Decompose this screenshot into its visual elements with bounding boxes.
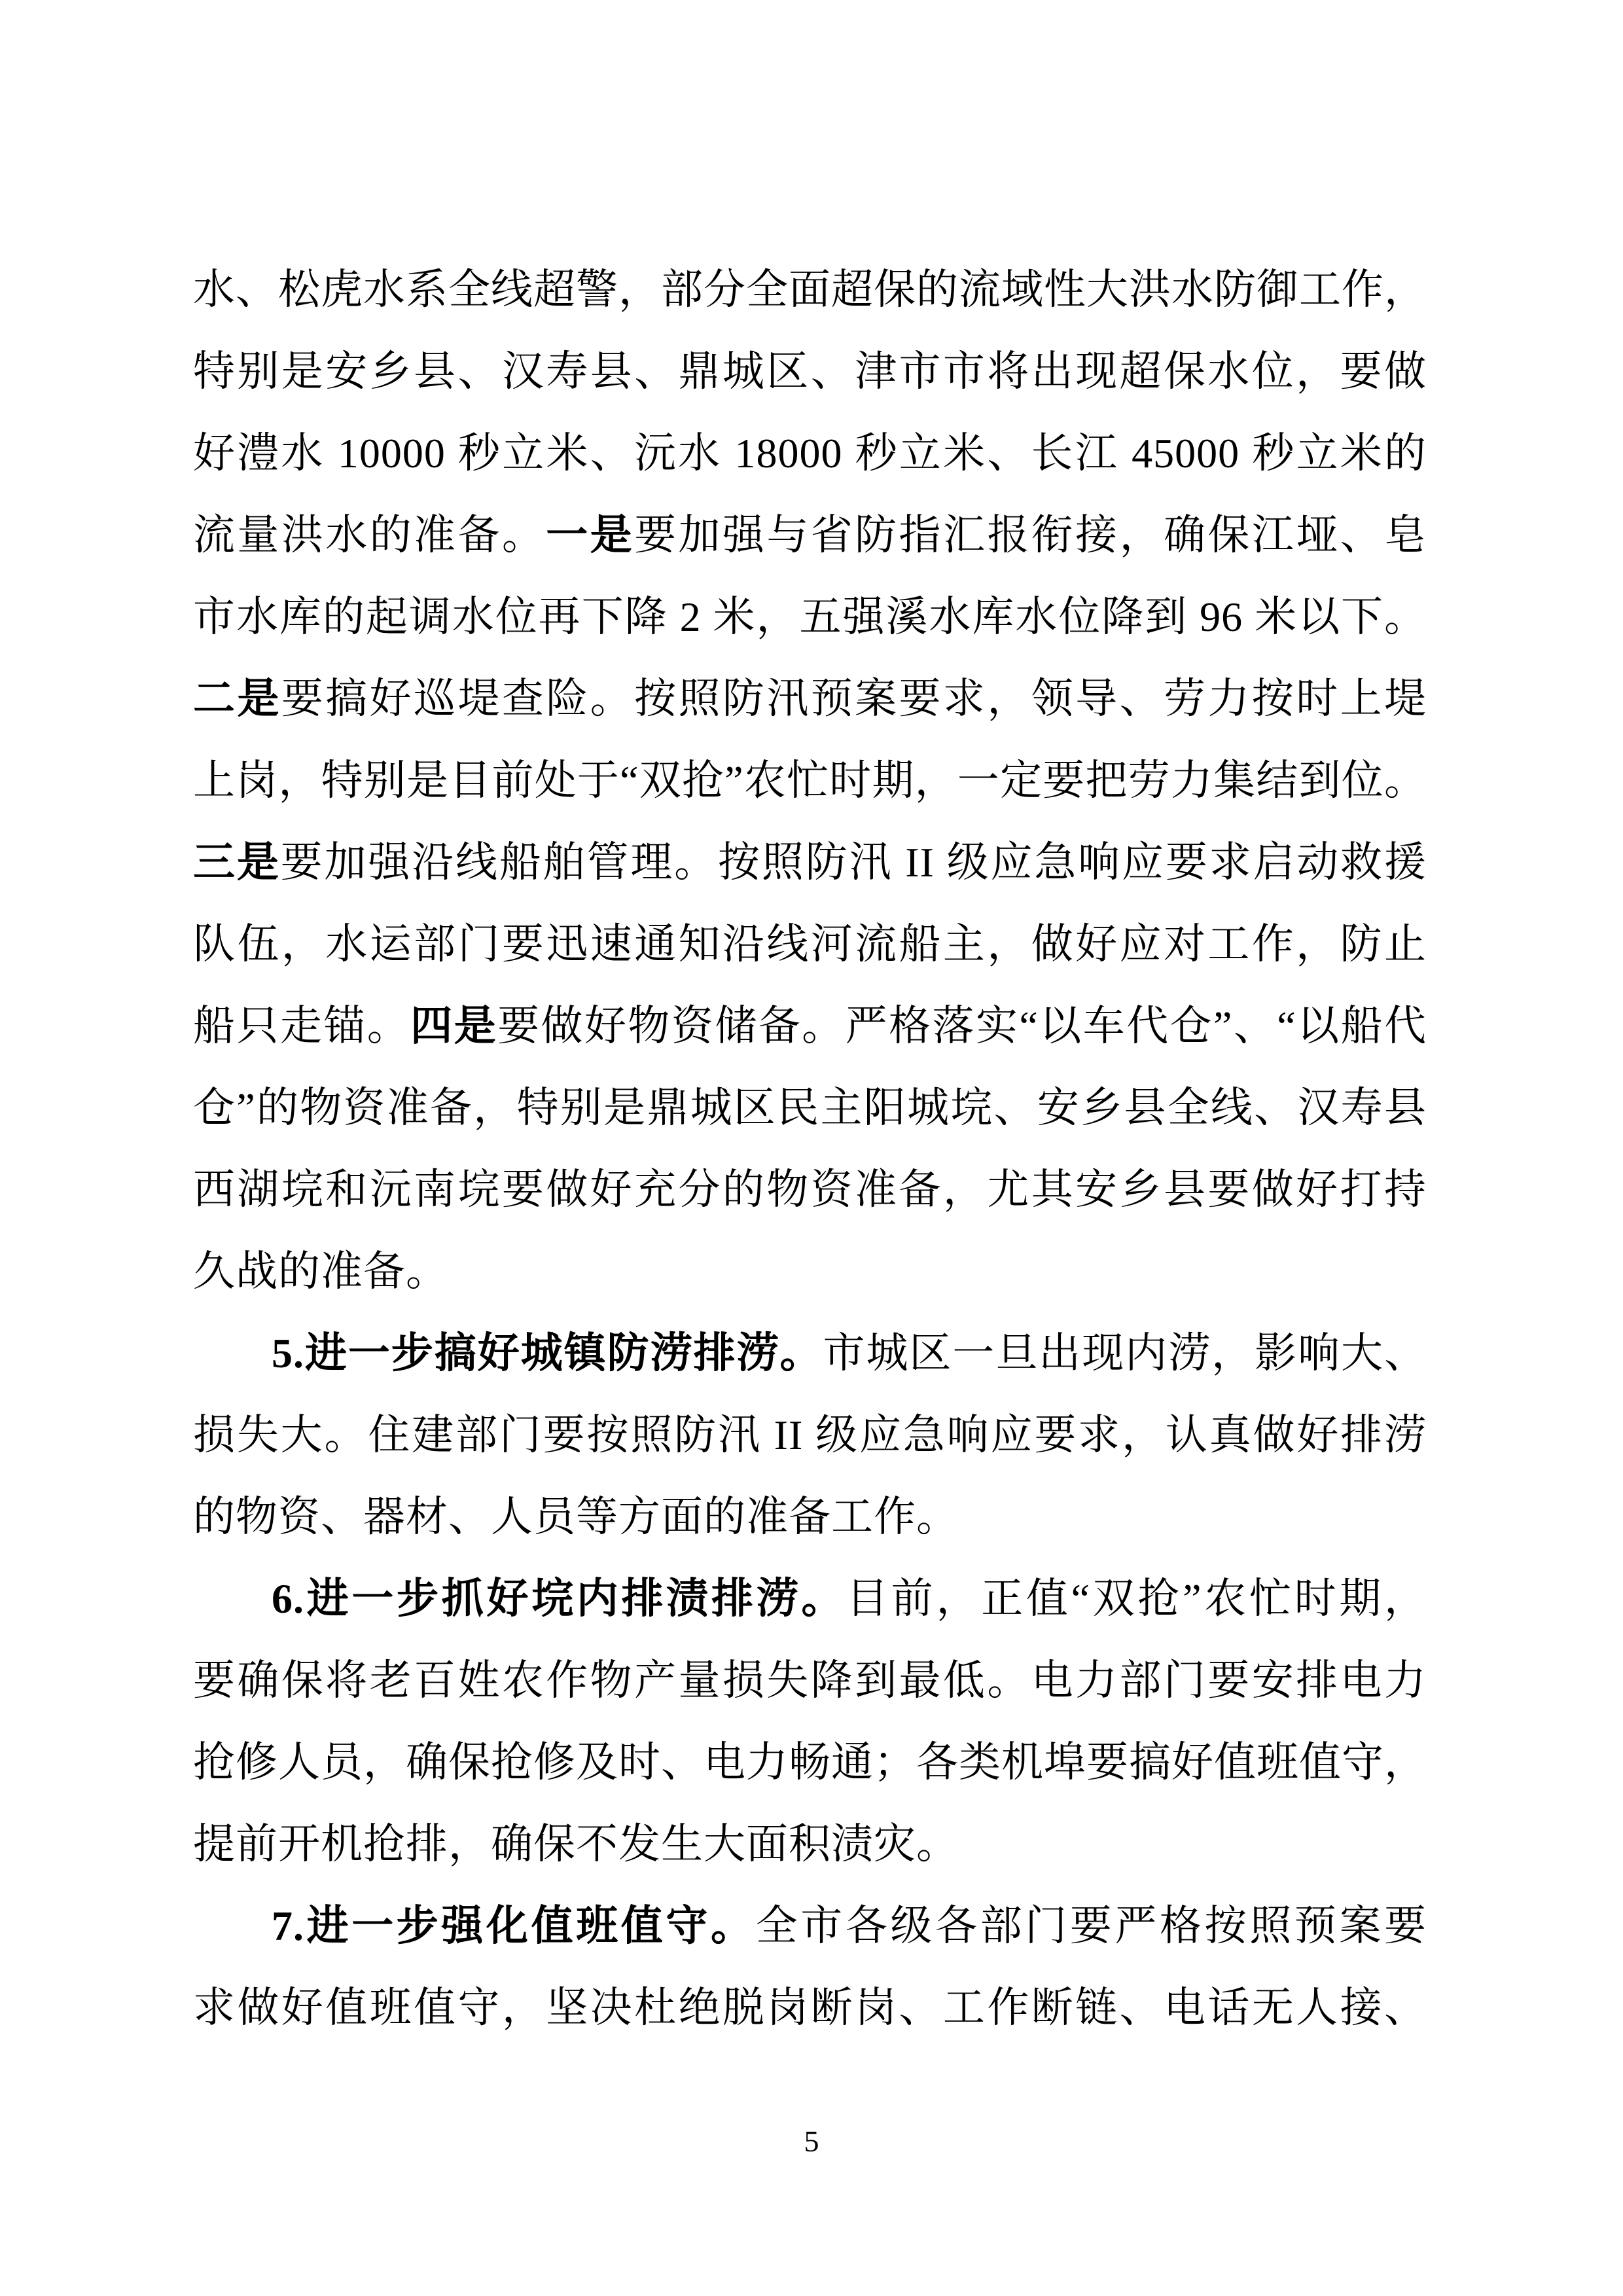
text-body: 水、松虎水系全线超警，部分全面超保的流域性大洪水防御工作，特别是安乡县、汉寿县、… — [193, 249, 1427, 2049]
text-line: 好澧水 10000 秒立米、沅水 18000 秒立米、长江 45000 秒立米的 — [193, 412, 1427, 494]
text-run: 要搞好巡堤查险。按照防汛预案要求，领导、劳力按时上堤 — [281, 675, 1427, 722]
bold-text-run: 三是 — [193, 839, 281, 886]
text-run: 上岗，特别是目前处于“双抢”农忙时期，一定要把劳力集结到位。 — [193, 757, 1427, 804]
text-run: 市城区一旦出现内涝，影响大、 — [823, 1330, 1427, 1376]
text-line: 流量洪水的准备。一是要加强与省防指汇报衔接，确保江垭、皂 — [193, 494, 1427, 576]
text-line: 水、松虎水系全线超警，部分全面超保的流域性大洪水防御工作， — [193, 249, 1427, 331]
text-run: 目前，正值“双抢”农忙时期， — [846, 1575, 1427, 1622]
text-run: 队伍，水运部门要迅速通知沿线河流船主，做好应对工作，防止 — [193, 921, 1427, 967]
document-page: 水、松虎水系全线超警，部分全面超保的流域性大洪水防御工作，特别是安乡县、汉寿县、… — [0, 0, 1623, 2296]
text-line: 5.进一步搞好城镇防涝排涝。市城区一旦出现内涝，影响大、 — [193, 1312, 1427, 1394]
text-line: 7.进一步强化值班值守。全市各级各部门要严格按照预案要 — [193, 1885, 1427, 1967]
text-run: 船只走锚。 — [193, 1003, 410, 1049]
bold-text-run: 二是 — [193, 675, 281, 722]
text-run: 西湖垸和沅南垸要做好充分的物资准备，尤其安乡县要做好打持 — [193, 1166, 1427, 1213]
text-line: 队伍，水运部门要迅速通知沿线河流船主，做好应对工作，防止 — [193, 903, 1427, 985]
text-line: 6.进一步抓好垸内排渍排涝。目前，正值“双抢”农忙时期， — [193, 1558, 1427, 1640]
text-line: 特别是安乡县、汉寿县、鼎城区、津市市将出现超保水位，要做 — [193, 331, 1427, 412]
text-run: 久战的准备。 — [193, 1248, 448, 1295]
text-run: 求做好值班值守，坚决杜绝脱岗断岗、工作断链、电话无人接、 — [193, 1984, 1427, 2031]
text-run: 好澧水 10000 秒立米、沅水 18000 秒立米、长江 45000 秒立米的 — [193, 430, 1427, 476]
text-line: 二是要搞好巡堤查险。按照防汛预案要求，领导、劳力按时上堤 — [193, 658, 1427, 740]
text-run: 流量洪水的准备。 — [193, 512, 546, 558]
text-line: 要确保将老百姓农作物产量损失降到最低。电力部门要安排电力 — [193, 1640, 1427, 1721]
text-line: 久战的准备。 — [193, 1230, 1427, 1312]
text-run: 仓”的物资准备，特别是鼎城区民主阳城垸、安乡县全线、汉寿县 — [193, 1085, 1427, 1131]
text-run: 损失大。住建部门要按照防汛 II 级应急响应要求，认真做好排涝 — [193, 1412, 1427, 1458]
text-line: 上岗，特别是目前处于“双抢”农忙时期，一定要把劳力集结到位。 — [193, 740, 1427, 821]
text-line: 的物资、器材、人员等方面的准备工作。 — [193, 1476, 1427, 1558]
text-run: 抢修人员，确保抢修及时、电力畅通；各类机埠要搞好值班值守， — [193, 1739, 1427, 1785]
page-number: 5 — [0, 2125, 1623, 2159]
text-run: 要加强沿线船舶管理。按照防汛 II 级应急响应要求启动救援 — [281, 839, 1427, 886]
text-line: 损失大。住建部门要按照防汛 II 级应急响应要求，认真做好排涝 — [193, 1394, 1427, 1476]
text-run: 市水库的起调水位再下降 2 米，五强溪水库水位降到 96 米以下。 — [193, 594, 1427, 640]
text-line: 西湖垸和沅南垸要做好充分的物资准备，尤其安乡县要做好打持 — [193, 1149, 1427, 1230]
text-line: 仓”的物资准备，特别是鼎城区民主阳城垸、安乡县全线、汉寿县 — [193, 1067, 1427, 1149]
bold-text-run: 6.进一步抓好垸内排渍排涝。 — [272, 1575, 846, 1622]
text-run: 要确保将老百姓农作物产量损失降到最低。电力部门要安排电力 — [193, 1657, 1427, 1704]
text-line: 提前开机抢排，确保不发生大面积渍灾。 — [193, 1803, 1427, 1885]
text-run: 水、松虎水系全线超警，部分全面超保的流域性大洪水防御工作， — [193, 266, 1427, 313]
bold-text-run: 四是 — [410, 1003, 497, 1049]
text-line: 求做好值班值守，坚决杜绝脱岗断岗、工作断链、电话无人接、 — [193, 1967, 1427, 2049]
text-run: 要做好物资储备。严格落实“以车代仓”、“以船代 — [497, 1003, 1427, 1049]
text-run: 的物资、器材、人员等方面的准备工作。 — [193, 1494, 959, 1540]
text-line: 市水库的起调水位再下降 2 米，五强溪水库水位降到 96 米以下。 — [193, 576, 1427, 658]
bold-text-run: 7.进一步强化值班值守。 — [272, 1903, 756, 1949]
text-run: 特别是安乡县、汉寿县、鼎城区、津市市将出现超保水位，要做 — [193, 348, 1427, 395]
text-line: 三是要加强沿线船舶管理。按照防汛 II 级应急响应要求启动救援 — [193, 821, 1427, 903]
text-line: 船只走锚。四是要做好物资储备。严格落实“以车代仓”、“以船代 — [193, 985, 1427, 1067]
text-line: 抢修人员，确保抢修及时、电力畅通；各类机埠要搞好值班值守， — [193, 1721, 1427, 1803]
text-run: 提前开机抢排，确保不发生大面积渍灾。 — [193, 1821, 959, 1867]
bold-text-run: 5.进一步搞好城镇防涝排涝。 — [272, 1330, 823, 1376]
text-run: 要加强与省防指汇报衔接，确保江垭、皂 — [634, 512, 1427, 558]
bold-text-run: 一是 — [546, 512, 634, 558]
text-run: 全市各级各部门要严格按照预案要 — [756, 1903, 1427, 1949]
